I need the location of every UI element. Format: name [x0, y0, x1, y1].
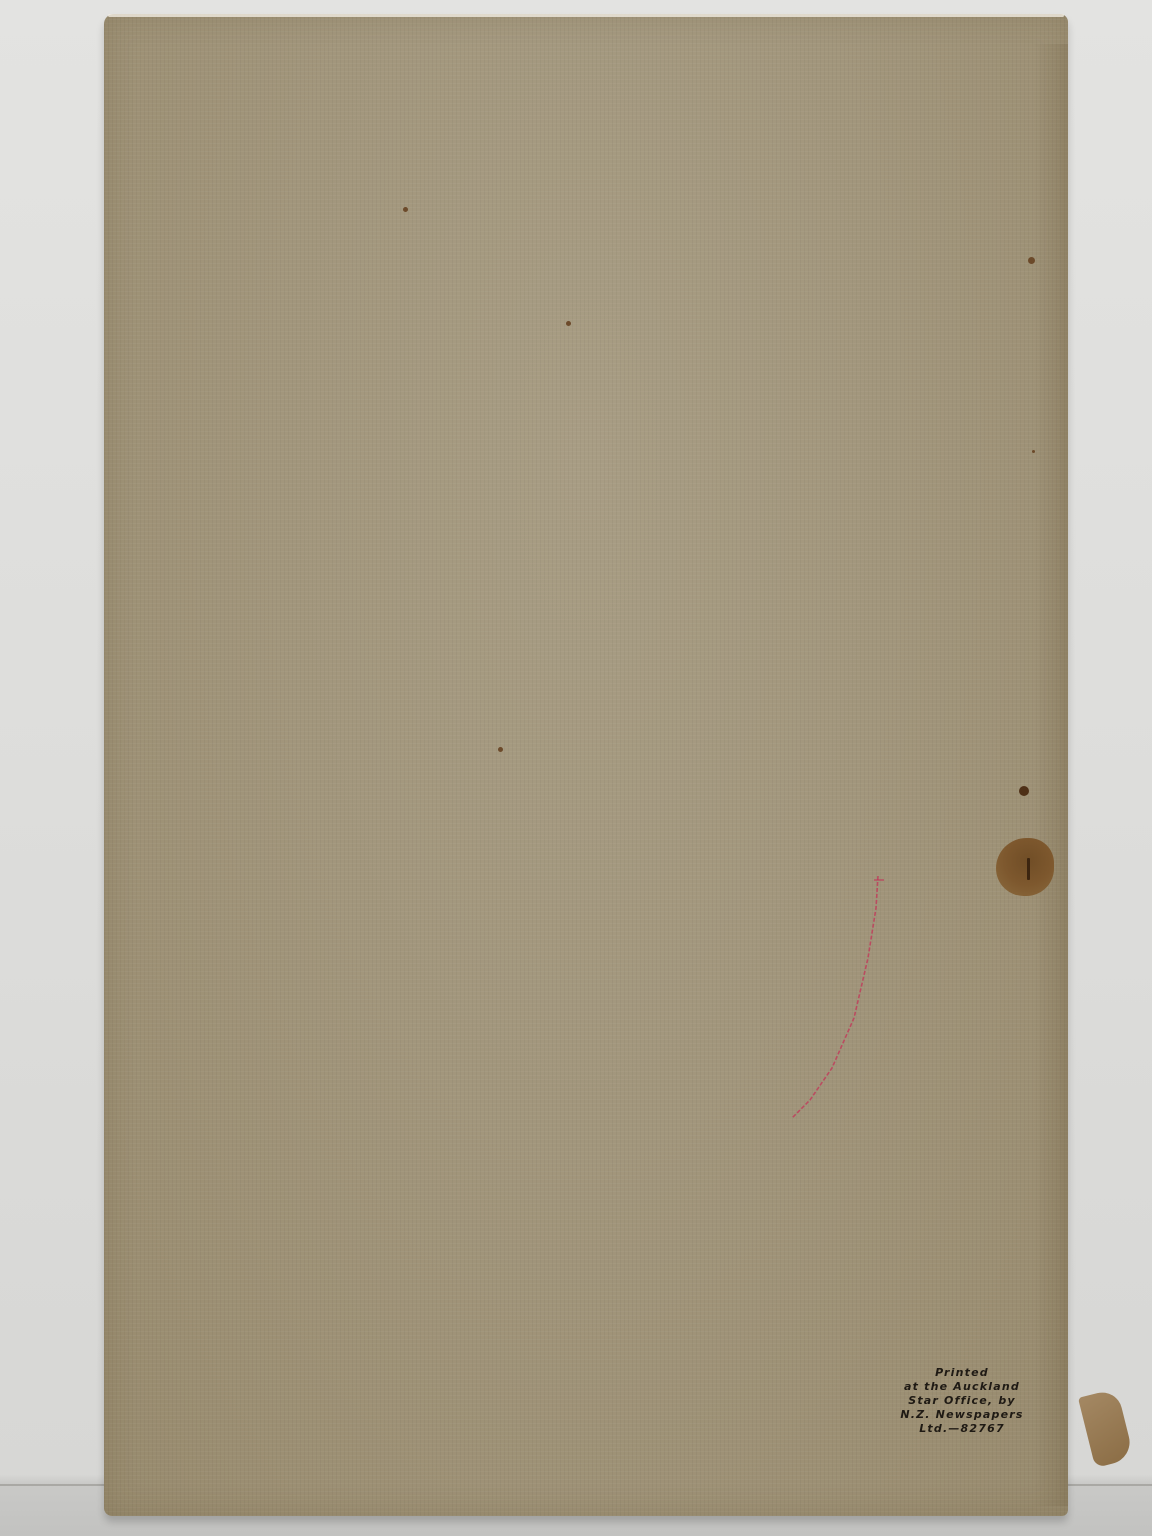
torn-page-flap — [1078, 1388, 1134, 1468]
foxing-spot — [498, 747, 503, 752]
foxing-spot — [1032, 450, 1035, 453]
cover-top-edge — [108, 14, 1064, 17]
foxing-spot — [566, 321, 571, 326]
imprint-line: Ltd.—82767 — [872, 1422, 1052, 1436]
imprint-line: N.Z. Newspapers — [872, 1408, 1052, 1422]
foxing-spot — [1019, 786, 1029, 796]
imprint-line: at the Auckland — [872, 1380, 1052, 1394]
imprint-line: Printed — [872, 1366, 1052, 1380]
stain-mark — [1027, 858, 1030, 880]
book-back-cover — [104, 14, 1068, 1516]
cover-edge-shade — [1032, 44, 1068, 1506]
foxing-spot — [403, 207, 408, 212]
water-stain — [996, 838, 1054, 896]
imprint-line: Star Office, by — [872, 1394, 1052, 1408]
pencil-mark — [780, 868, 900, 1128]
foxing-spot — [1028, 257, 1035, 264]
printer-imprint: Printed at the Auckland Star Office, by … — [872, 1366, 1052, 1436]
